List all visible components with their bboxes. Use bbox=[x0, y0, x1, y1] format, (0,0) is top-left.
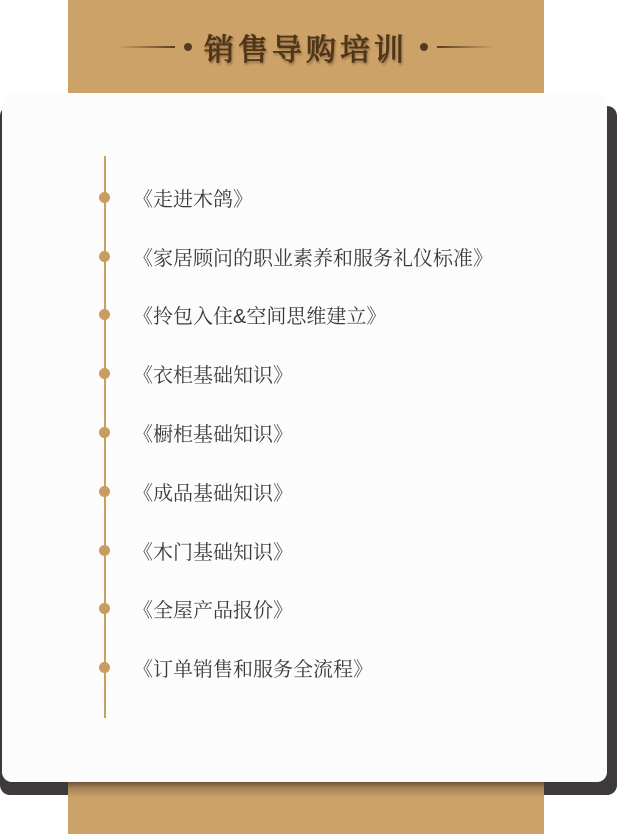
course-title: 《走进木鸽》 bbox=[133, 183, 253, 212]
footer-banner bbox=[68, 782, 544, 834]
header-banner: 销售导购培训 bbox=[68, 0, 544, 93]
bullet-dot-icon bbox=[99, 251, 110, 262]
course-item: 《成品基础知识》 bbox=[2, 462, 607, 521]
bullet-dot-icon bbox=[99, 309, 110, 320]
course-item: 《走进木鸽》 bbox=[2, 168, 607, 227]
bullet-dot-icon bbox=[99, 486, 110, 497]
bullet-dot-icon bbox=[99, 545, 110, 556]
course-title: 《全屋产品报价》 bbox=[133, 594, 293, 623]
bullet-dot-icon bbox=[99, 368, 110, 379]
title-right-dot-icon bbox=[420, 43, 428, 51]
course-title: 《木门基础知识》 bbox=[133, 536, 293, 565]
content-card: 《走进木鸽》 《家居顾问的职业素养和服务礼仪标准》 《拎包入住&空间思维建立》 … bbox=[2, 93, 607, 782]
course-title: 《衣柜基础知识》 bbox=[133, 359, 293, 388]
course-list: 《走进木鸽》 《家居顾问的职业素养和服务礼仪标准》 《拎包入住&空间思维建立》 … bbox=[2, 168, 607, 697]
course-title: 《橱柜基础知识》 bbox=[133, 418, 293, 447]
course-title: 《订单销售和服务全流程》 bbox=[133, 653, 373, 682]
course-title: 《拎包入住&空间思维建立》 bbox=[133, 300, 386, 329]
bullet-dot-icon bbox=[99, 603, 110, 614]
course-item: 《拎包入住&空间思维建立》 bbox=[2, 286, 607, 345]
bullet-dot-icon bbox=[99, 192, 110, 203]
title-right-line bbox=[437, 46, 495, 48]
course-item: 《订单销售和服务全流程》 bbox=[2, 638, 607, 697]
course-item: 《衣柜基础知识》 bbox=[2, 344, 607, 403]
course-title: 《家居顾问的职业素养和服务礼仪标准》 bbox=[133, 242, 493, 271]
bullet-dot-icon bbox=[99, 662, 110, 673]
course-item: 《家居顾问的职业素养和服务礼仪标准》 bbox=[2, 227, 607, 286]
page-title: 销售导购培训 bbox=[204, 25, 408, 69]
course-title: 《成品基础知识》 bbox=[133, 477, 293, 506]
course-item: 《橱柜基础知识》 bbox=[2, 403, 607, 462]
title-left-line bbox=[117, 46, 175, 48]
title-left-dot-icon bbox=[184, 43, 192, 51]
course-item: 《木门基础知识》 bbox=[2, 521, 607, 580]
bullet-dot-icon bbox=[99, 427, 110, 438]
course-item: 《全屋产品报价》 bbox=[2, 580, 607, 639]
